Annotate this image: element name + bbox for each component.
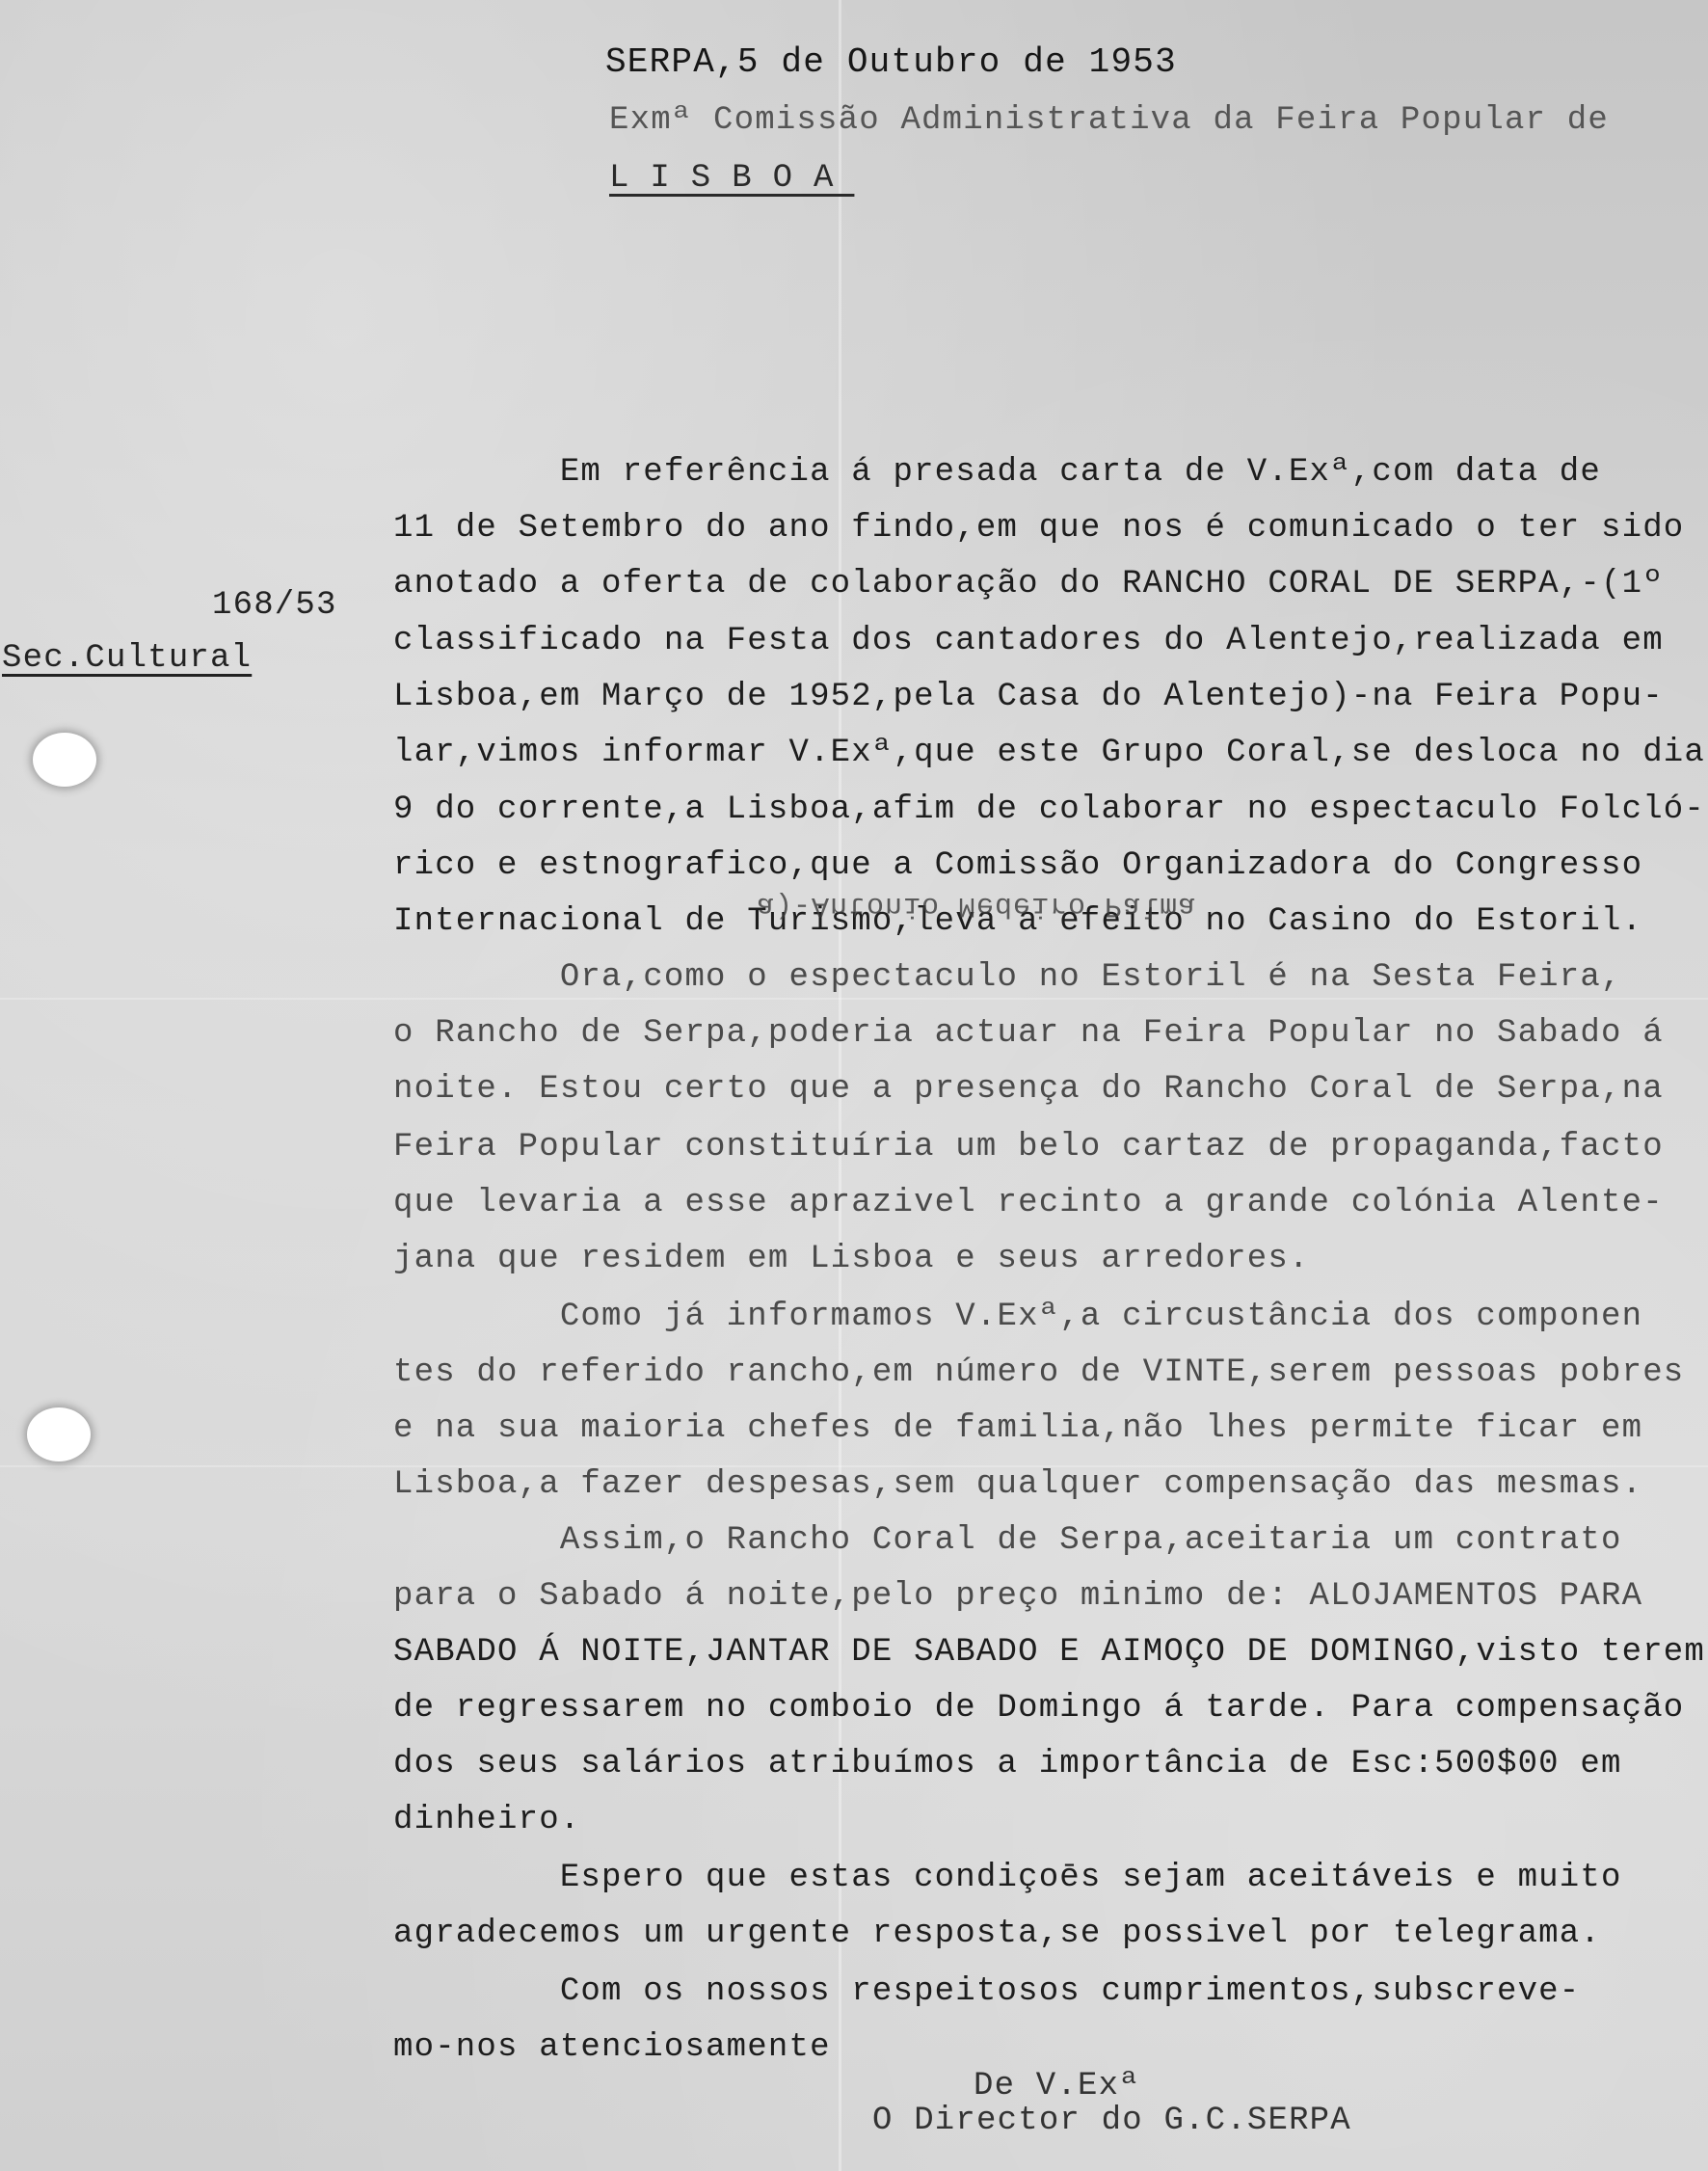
reference-number: 168/53: [212, 586, 337, 625]
body-line: tes do referido rancho,em número de VINT…: [393, 1354, 1684, 1392]
body-line: 11 de Setembro do ano findo,em que nos é…: [393, 509, 1684, 548]
body-line: agradecemos um urgente resposta,se possi…: [393, 1915, 1601, 1953]
body-line: lar,vimos informar V.Exª,que este Grupo …: [393, 734, 1705, 772]
place-date: SERPA,5 de Outubro de 1953: [605, 43, 1177, 82]
body-line: 9 do corrente,a Lisboa,afim de colaborar…: [393, 791, 1705, 829]
punch-hole-icon: [33, 733, 96, 787]
body-line: e na sua maioria chefes de familia,não l…: [393, 1409, 1642, 1448]
body-line: mo-nos atenciosamente: [393, 2028, 831, 2067]
body-line: noite. Estou certo que a presença do Ran…: [393, 1070, 1664, 1109]
body-line: Espero que estas condiçoēs sejam aceitáv…: [393, 1859, 1622, 1897]
section-label: Sec.Cultural: [2, 639, 252, 678]
punch-hole-icon: [27, 1407, 91, 1461]
body-line: classificado na Festa dos cantadores do …: [393, 622, 1664, 660]
body-line: Ora,como o espectaculo no Estoril é na S…: [393, 958, 1622, 997]
body-line: Em referência á presada carta de V.Exª,c…: [393, 453, 1601, 492]
body-line: anotado a oferta de colaboração do RANCH…: [393, 565, 1664, 603]
body-line: jana que residem em Lisboa e seus arredo…: [393, 1240, 1310, 1278]
addressee: Exmª Comissão Administrativa da Feira Po…: [609, 101, 1609, 140]
signatory-title: O Director do G.C.SERPA: [872, 2102, 1351, 2140]
body-line: dos seus salários atribuímos a importânc…: [393, 1745, 1622, 1783]
body-line: rico e estnografico,que a Comissão Organ…: [393, 846, 1642, 885]
closing-salutation: De V.Exª: [974, 2067, 1140, 2105]
body-line: SABADO Á NOITE,JANTAR DE SABADO E AIMOÇO…: [393, 1633, 1705, 1672]
body-line: Lisboa,a fazer despesas,sem qualquer com…: [393, 1465, 1642, 1504]
addressee-city: LISBOA: [609, 159, 854, 198]
body-line: de regressarem no comboio de Domingo á t…: [393, 1689, 1684, 1728]
body-line: o Rancho de Serpa,poderia actuar na Feir…: [393, 1014, 1664, 1053]
body-line: Feira Popular constituíria um belo carta…: [393, 1128, 1664, 1166]
body-line: Lisboa,em Março de 1952,pela Casa do Ale…: [393, 678, 1664, 716]
body-line: Como já informamos V.Exª,a circustância …: [393, 1298, 1642, 1336]
body-line: que levaria a esse aprazivel recinto a g…: [393, 1184, 1664, 1222]
body-line: Assim,o Rancho Coral de Serpa,aceitaria …: [393, 1521, 1622, 1560]
body-line: Com os nossos respeitosos cumprimentos,s…: [393, 1972, 1580, 2011]
body-line: dinheiro.: [393, 1801, 580, 1839]
mirrored-signature-stamp: a)-Antonio Medeiro Palma: [757, 889, 1196, 922]
paper-crease: [0, 998, 1708, 1000]
body-line: para o Sabado á noite,pelo preço minimo …: [393, 1577, 1642, 1616]
